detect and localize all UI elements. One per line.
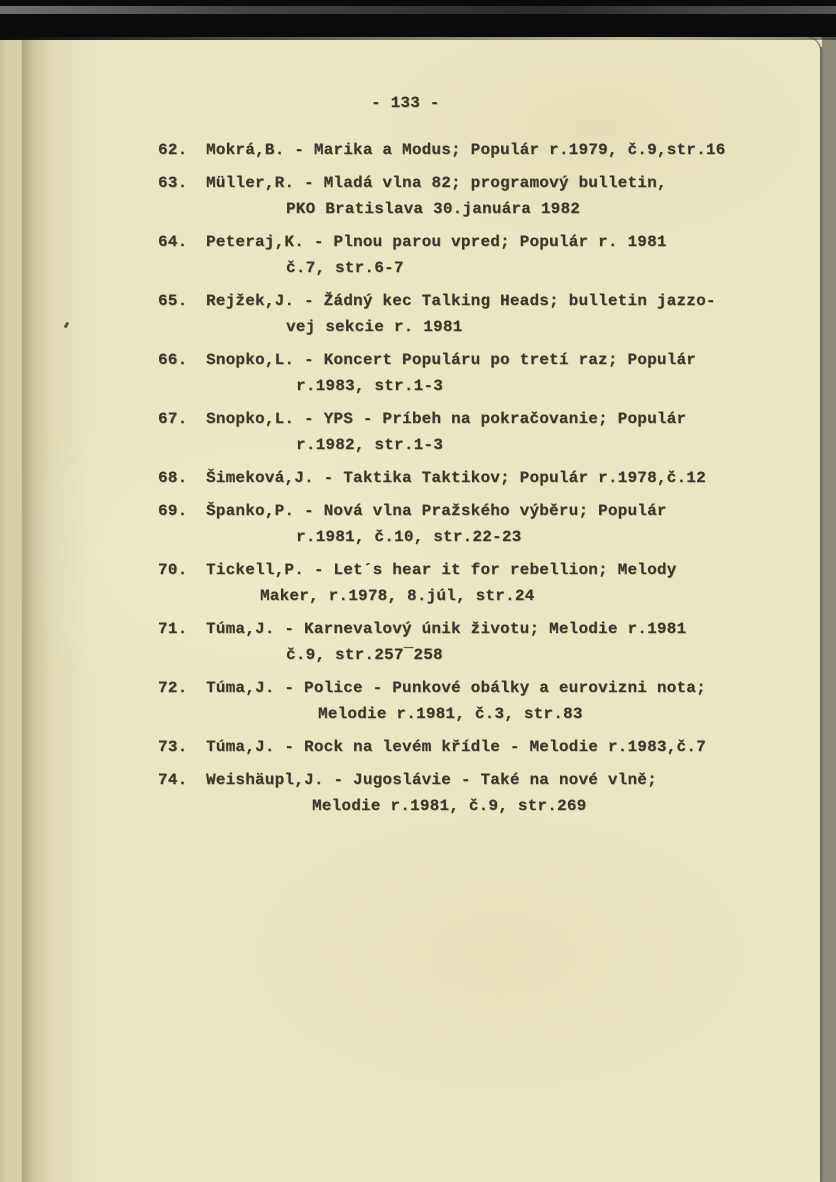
- bib-entry-70: 70. Tickell,P. - Let´s hear it for rebel…: [158, 557, 798, 609]
- bib-entry-63: 63. Müller,R. - Mladá vlna 82; programov…: [158, 170, 798, 222]
- entry-line: Túma,J. - Karnevalový únik životu; Melod…: [206, 616, 798, 642]
- scanned-document: - 133 - 62. Mokrá,B. - Marika a Modus; P…: [0, 0, 836, 1182]
- entry-number: 66.: [158, 347, 206, 373]
- bib-entry-62: 62. Mokrá,B. - Marika a Modus; Populár r…: [158, 137, 798, 163]
- entry-line: Müller,R. - Mladá vlna 82; programový bu…: [206, 170, 798, 196]
- entry-line: č.7, str.6-7: [206, 255, 798, 281]
- entry-line: Snopko,L. - YPS - Príbeh na pokračovanie…: [206, 406, 798, 432]
- entry-line: Rejžek,J. - Žádný kec Talking Heads; bul…: [206, 288, 798, 314]
- page-number: - 133 -: [371, 94, 440, 112]
- entry-line: PKO Bratislava 30.januára 1982: [206, 196, 798, 222]
- entry-line: r.1981, č.10, str.22-23: [206, 524, 798, 550]
- bib-entry-72: 72. Túma,J. - Police - Punkové obálky a …: [158, 675, 798, 727]
- entry-line: Túma,J. - Police - Punkové obálky a euro…: [206, 675, 798, 701]
- entry-line: r.1982, str.1-3: [206, 432, 798, 458]
- bib-entry-66: 66. Snopko,L. - Koncert Populáru po tret…: [158, 347, 798, 399]
- entry-line: Mokrá,B. - Marika a Modus; Populár r.197…: [206, 137, 798, 163]
- bib-entry-64: 64. Peteraj,K. - Plnou parou vpred; Popu…: [158, 229, 798, 281]
- book-page: - 133 - 62. Mokrá,B. - Marika a Modus; P…: [22, 37, 820, 1182]
- entry-line: vej sekcie r. 1981: [206, 314, 798, 340]
- entry-number: 73.: [158, 734, 206, 760]
- entry-number: 74.: [158, 767, 206, 793]
- bib-entry-68: 68. Šimeková,J. - Taktika Taktikov; Popu…: [158, 465, 798, 491]
- entry-line: Peteraj,K. - Plnou parou vpred; Populár …: [206, 229, 798, 255]
- bib-entry-69: 69. Španko,P. - Nová vlna Pražského výbě…: [158, 498, 798, 550]
- entry-line: Tickell,P. - Let´s hear it for rebellion…: [206, 557, 798, 583]
- entry-line: Melodie r.1981, č.9, str.269: [206, 793, 798, 819]
- entry-number: 63.: [158, 170, 206, 196]
- entry-number: 70.: [158, 557, 206, 583]
- entry-line: Maker, r.1978, 8.júl, str.24: [206, 583, 798, 609]
- entry-number: 64.: [158, 229, 206, 255]
- entry-number: 72.: [158, 675, 206, 701]
- entry-number: 67.: [158, 406, 206, 432]
- bib-entry-65: 65. Rejžek,J. - Žádný kec Talking Heads;…: [158, 288, 798, 340]
- entry-line: Snopko,L. - Koncert Populáru po tretí ra…: [206, 347, 798, 373]
- bib-entry-73: 73. Túma,J. - Rock na levém křídle - Mel…: [158, 734, 798, 760]
- entry-number: 65.: [158, 288, 206, 314]
- entry-number: 62.: [158, 137, 206, 163]
- entry-line: č.9, str.257¯258: [206, 642, 798, 668]
- bib-entry-74: 74. Weishäupl,J. - Jugoslávie - Také na …: [158, 767, 798, 819]
- bib-entry-71: 71. Túma,J. - Karnevalový únik životu; M…: [158, 616, 798, 668]
- scanner-dark-band: [0, 0, 836, 37]
- entry-line: Šimeková,J. - Taktika Taktikov; Populár …: [206, 465, 798, 491]
- entry-line: Túma,J. - Rock na levém křídle - Melodie…: [206, 734, 798, 760]
- entry-line: Weishäupl,J. - Jugoslávie - Také na nové…: [206, 767, 798, 793]
- page-gutter-shadow: [22, 37, 92, 1182]
- scanner-band-edge: [0, 36, 836, 40]
- entry-line: Melodie r.1981, č.3, str.83: [206, 701, 798, 727]
- entry-number: 69.: [158, 498, 206, 524]
- entry-number: 68.: [158, 465, 206, 491]
- bib-entry-67: 67. Snopko,L. - YPS - Príbeh na pokračov…: [158, 406, 798, 458]
- entry-number: 71.: [158, 616, 206, 642]
- bibliography-list: 62. Mokrá,B. - Marika a Modus; Populár r…: [158, 137, 798, 826]
- scanner-band-streak: [0, 6, 836, 14]
- entry-line: Španko,P. - Nová vlna Pražského výběru; …: [206, 498, 798, 524]
- entry-line: r.1983, str.1-3: [206, 373, 798, 399]
